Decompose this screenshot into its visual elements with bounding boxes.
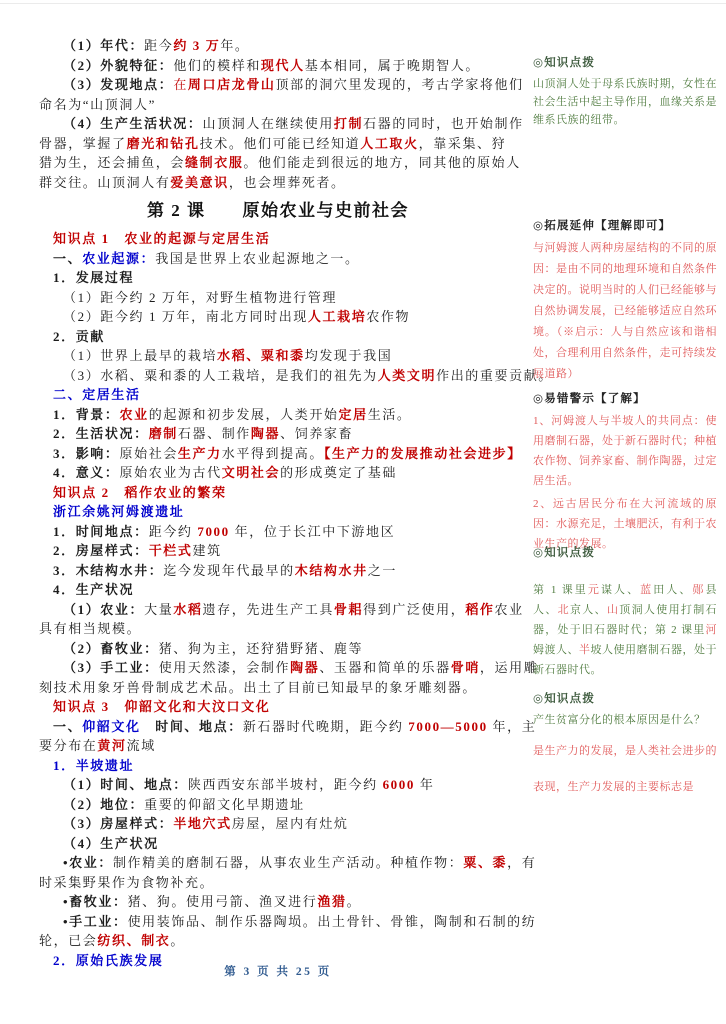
note-paragraph: 山顶洞人处于母系氏族时期，女性在社会生活中起主导作用，血缘关系是维系氏族的纽带。 — [533, 75, 717, 129]
text-segment: 年，主 — [488, 719, 537, 734]
text-segment: 具有相当规模。 — [39, 621, 141, 636]
note-heading: ◎知识点拨 — [533, 691, 717, 708]
content-line: 群交往。山顶洞人有爱美意识，也会埋葬死者。 — [39, 173, 517, 193]
text-segment — [141, 719, 156, 734]
text-segment: 二、定居生活 — [53, 387, 141, 402]
text-segment: 大量 — [144, 602, 173, 617]
text-segment: 1．背景： — [53, 407, 120, 422]
text-segment: 。他们能走到很远的地方，同其他的原始人 — [243, 155, 520, 170]
text-segment: （3）发现地点： — [63, 77, 173, 92]
text-segment: 稻作 — [465, 602, 494, 617]
content-line: （4）生产状况 — [39, 834, 517, 854]
knowledge-point-3-heading: 知识点 3 仰韶文化和大汶口文化 — [39, 697, 517, 717]
content-line: （3）发现地点：在周口店龙骨山顶部的洞穴里发现的，考古学家将他们 — [39, 75, 517, 95]
content-line: •手工业：使用装饰品、制作乐器陶埙。出土骨针、骨锥，陶制和石制的纺 — [39, 912, 517, 932]
text-segment: 农业 — [120, 407, 149, 422]
note-heading: ◎拓展延伸【理解即可】 — [533, 218, 717, 235]
text-segment: 河 — [706, 624, 718, 636]
content-line: 一、仰韶文化 时间、地点：新石器时代晚期，距今约 7000—5000 年，主 — [39, 717, 517, 737]
document-page: （1）年代：距今约 3 万年。（2）外貌特征：他们的模样和现代人基本相同，属于晚… — [0, 0, 726, 1024]
content-line: （2）地位：重要的仰韶文化早期遗址 — [39, 795, 517, 815]
content-line: 3．影响：原始社会生产力水平得到提高。【生产力的发展推动社会进步】 — [39, 444, 517, 464]
content-line: （3）水稻、粟和黍的人工栽培，是我们的祖先为人类文明作出的重要贡献。 — [39, 366, 517, 386]
text-segment: 年，位于长江中下游地区 — [230, 524, 395, 539]
content-line: 2．房屋样式：干栏式建筑 — [39, 541, 517, 561]
text-segment: 半 — [579, 644, 591, 656]
text-segment: 时采集野果作为食物补充。 — [39, 875, 214, 890]
note-paragraph: 与河姆渡人两种房屋结构的不同的原因：是由不同的地理环境和自然条件决定的。说明当时… — [533, 238, 717, 385]
text-segment: 4．生产状况 — [53, 582, 134, 597]
text-segment: 第 2 课 原始农业与史前社会 — [147, 201, 409, 220]
text-segment: 距今 — [144, 38, 173, 53]
text-segment: 一、 — [53, 719, 82, 734]
content-line: •农业：制作精美的磨制石器，从事农业生产活动。种植作物：粟、黍，有 — [39, 853, 517, 873]
content-line: 2．贡献 — [39, 327, 517, 347]
text-segment: 石器的同时，也开始制作 — [363, 116, 524, 131]
text-segment: 7000 — [197, 524, 229, 539]
text-segment: 半地穴式 — [173, 816, 231, 831]
text-segment: 要分布在 — [39, 738, 97, 753]
content-line: 骨器，掌握了磨光和钻孔技术。他们可能已经知道人工取火，靠采集、狩 — [39, 134, 517, 154]
text-segment: （1）世界上最早的栽培 — [63, 348, 217, 363]
text-segment: 我国是世界上农业起源地之一。 — [155, 251, 359, 266]
text-segment: 磨光和钻孔 — [127, 136, 200, 151]
text-segment: 粟、黍 — [463, 855, 507, 870]
content-line: （1）农业：大量水稻遗存，先进生产工具骨耜得到广泛使用，稻作农业 — [39, 600, 517, 620]
text-segment: 的形成奠定了基础 — [280, 465, 397, 480]
text-segment: 周口店龙骨山 — [188, 77, 276, 92]
text-segment: 人工取火 — [360, 136, 418, 151]
sidebar-note: ◎知识点拨第 1 课里元谋人、蓝田人、郧县人、北京人、山顶洞人使用打制石器，处于… — [533, 545, 717, 680]
text-segment: 打制 — [334, 116, 363, 131]
content-line: •畜牧业：猪、狗。使用弓箭、渔叉进行渔猎。 — [39, 892, 517, 912]
text-segment: （2）畜牧业： — [63, 641, 159, 656]
text-segment: 猪、狗。使用弓箭、渔叉进行 — [128, 894, 318, 909]
content-line: 时采集野果作为食物补充。 — [39, 873, 517, 893]
text-segment: （4）生产生活状况： — [63, 116, 203, 131]
text-segment: 生产力 — [178, 446, 222, 461]
text-segment: 约 3 万 — [173, 38, 220, 53]
sidebar-note: ◎易错警示【了解】1、河姆渡人与半坡人的共同点：使用磨制石器，处于新石器时代；种… — [533, 391, 717, 554]
content-line: （3）手工业：使用天然漆，会制作陶器、玉器和简单的乐器骨哨，运用雕 — [39, 658, 517, 678]
text-segment: 均发现于我国 — [305, 348, 393, 363]
content-line: （2）距今约 1 万年，南北方同时出现人工栽培农作物 — [39, 307, 517, 327]
text-segment: （1）时间、地点： — [63, 777, 188, 792]
text-segment: 。 — [170, 933, 185, 948]
content-line: 刻技术用象牙兽骨制成艺术品。出土了目前已知最早的象牙雕刻器。 — [39, 678, 517, 698]
content-line: （3）房屋样式：半地穴式房屋，屋内有灶炕 — [39, 814, 517, 834]
text-segment: 干栏式 — [149, 543, 193, 558]
note-heading: ◎知识点拨 — [533, 545, 717, 562]
text-segment: 使用装饰品、制作乐器陶埙。出土骨针、骨锥，陶制和石制的纺 — [128, 914, 537, 929]
text-segment: 山 — [607, 604, 619, 616]
text-segment: 元 — [588, 584, 601, 596]
text-segment: 得到广泛使用， — [363, 602, 465, 617]
text-segment: 之一 — [368, 563, 397, 578]
text-segment: 木结构水井 — [295, 563, 368, 578]
text-segment: 山顶洞人在继续使用 — [203, 116, 334, 131]
text-segment: 遗存，先进生产工具 — [203, 602, 334, 617]
text-segment: 使用天然漆，会制作 — [159, 660, 290, 675]
text-segment: （1）年代： — [63, 38, 144, 53]
sidebar-note: ◎拓展延伸【理解即可】与河姆渡人两种房屋结构的不同的原因：是由不同的地理环境和自… — [533, 218, 717, 385]
text-segment: 谋人、 — [601, 584, 640, 596]
text-segment: 渔猎 — [317, 894, 346, 909]
text-segment: 。 — [347, 894, 362, 909]
content-line: 4．意义：原始农业为古代文明社会的形成奠定了基础 — [39, 463, 517, 483]
text-segment: 1．时间地点： — [53, 524, 149, 539]
text-segment: （2）地位： — [63, 797, 144, 812]
text-segment: 4．意义： — [53, 465, 120, 480]
text-segment: 群交往。山顶洞人有 — [39, 175, 170, 190]
text-segment: 第 1 课里 — [533, 584, 588, 596]
knowledge-point-1-heading: 知识点 1 农业的起源与定居生活 — [39, 229, 517, 249]
text-segment: 骨耜 — [334, 602, 363, 617]
text-segment: 水稻、粟和黍 — [217, 348, 305, 363]
text-segment: ，有 — [507, 855, 536, 870]
content-line: 轮，已会纺织、制衣。 — [39, 931, 517, 951]
content-line: （1）世界上最早的栽培水稻、粟和黍均发现于我国 — [39, 346, 517, 366]
text-segment: 浙江余姚河姆渡遗址 — [53, 504, 184, 519]
text-segment: 田人、 — [653, 584, 692, 596]
text-segment: •畜牧业： — [63, 894, 128, 909]
text-segment: 原始农业为古代 — [120, 465, 222, 480]
note-paragraph: 1、河姆渡人与半坡人的共同点：使用磨制石器，处于新石器时代；种植农作物、饲养家畜… — [533, 411, 717, 491]
content-line: （2）畜牧业：猪、狗为主，还狩猎野猪、鹿等 — [39, 639, 517, 659]
text-segment: 2．贡献 — [53, 329, 105, 344]
text-segment: （4）生产状况 — [63, 836, 159, 851]
sidebar-note: ◎知识点拨产生贫富分化的根本原因是什么？是生产力的发展，是人类社会进步的表现，生… — [533, 691, 717, 805]
text-segment: 房屋，屋内有灶炕 — [232, 816, 349, 831]
text-segment: 顶部的洞穴里发现的，考古学家将他们 — [276, 77, 524, 92]
text-segment: 骨器，掌握了 — [39, 136, 127, 151]
text-segment: 流域 — [127, 738, 156, 753]
text-segment: 建筑 — [193, 543, 222, 558]
content-line: 二、定居生活 — [39, 385, 517, 405]
text-segment: 一、 — [53, 251, 82, 266]
text-segment: 原始社会 — [120, 446, 178, 461]
text-segment: 仰韶文化 — [82, 719, 140, 734]
knowledge-point-2-heading: 知识点 2 稻作农业的繁荣 — [39, 483, 517, 503]
note-paragraph: 第 1 课里元谋人、蓝田人、郧县人、北京人、山顶洞人使用打制石器，处于旧石器时代… — [533, 580, 717, 680]
text-segment: 缝制衣服 — [185, 155, 243, 170]
text-segment: 年 — [415, 777, 434, 792]
text-segment: 农作物 — [366, 309, 410, 324]
text-segment: 制作精美的磨制石器，从事农业生产活动。种植作物： — [113, 855, 463, 870]
main-column: （1）年代：距今约 3 万年。（2）外貌特征：他们的模样和现代人基本相同，属于晚… — [39, 36, 517, 970]
text-segment: 爱美意识 — [170, 175, 228, 190]
text-segment: 轮，已会 — [39, 933, 97, 948]
text-segment: 2．生活状况： — [53, 426, 149, 441]
text-segment: 陕西西安东部半坡村，距今约 — [188, 777, 383, 792]
text-segment: 命名为“山顶洞人” — [39, 97, 156, 112]
page-number-text: 第 3 页 共 25 页 — [224, 966, 332, 978]
text-segment: 基本相同，属于晚期智人。 — [305, 58, 480, 73]
content-line: 3．木结构水井：迄今发现年代最早的木结构水井之一 — [39, 561, 517, 581]
content-line: 1．发展过程 — [39, 268, 517, 288]
text-segment: 人类文明 — [378, 368, 436, 383]
content-line: 浙江余姚河姆渡遗址 — [39, 502, 517, 522]
text-segment: •农业： — [63, 855, 113, 870]
text-segment: 郧 — [692, 584, 705, 596]
text-segment: 京人、 — [570, 604, 607, 616]
text-segment: 、饲养家畜 — [280, 426, 353, 441]
note-heading: ◎知识点拨 — [533, 55, 717, 72]
content-line: 1．时间地点：距今约 7000 年，位于长江中下游地区 — [39, 522, 517, 542]
content-line: （1）时间、地点：陕西西安东部半坡村，距今约 6000 年 — [39, 775, 517, 795]
text-segment: 石器、制作 — [178, 426, 251, 441]
text-segment: 知识点 1 农业的起源与定居生活 — [53, 231, 270, 246]
content-line: 2．生活状况：磨制石器、制作陶器、饲养家畜 — [39, 424, 517, 444]
content-line: （4）生产生活状况：山顶洞人在继续使用打制石器的同时，也开始制作 — [39, 114, 517, 134]
text-segment: 蓝 — [640, 584, 653, 596]
text-segment: 磨制 — [149, 426, 178, 441]
text-segment: （1）农业： — [63, 602, 144, 617]
text-segment: 3．影响： — [53, 446, 120, 461]
text-segment: 在 — [173, 77, 188, 92]
text-segment: 他们的模样和 — [173, 58, 261, 73]
text-segment: 知识点 3 仰韶文化和大汶口文化 — [53, 699, 270, 714]
text-segment: 2．房屋样式： — [53, 543, 149, 558]
content-line: 猎为生，还会捕鱼，会缝制衣服。他们能走到很远的地方，同其他的原始人 — [39, 153, 517, 173]
text-segment: ，运用雕 — [480, 660, 538, 675]
text-segment: （2）距今约 1 万年，南北方同时出现 — [63, 309, 308, 324]
text-segment: 重要的仰韶文化早期遗址 — [144, 797, 305, 812]
text-segment: 北 — [558, 604, 570, 616]
text-segment: 7000—5000 — [408, 719, 487, 734]
lesson-title: 第 2 课 原始农业与史前社会 — [39, 199, 517, 223]
text-segment: 、玉器和简单的乐器 — [319, 660, 450, 675]
text-segment: 水稻 — [173, 602, 202, 617]
text-segment: 迄今发现年代最早的 — [163, 563, 294, 578]
text-segment: 纺织、制衣 — [97, 933, 170, 948]
content-line: 1．半坡遗址 — [39, 756, 517, 776]
text-segment: （3）水稻、粟和黍的人工栽培，是我们的祖先为 — [63, 368, 378, 383]
text-segment: 姆渡人、 — [533, 644, 579, 656]
text-segment: 1．半坡遗址 — [53, 758, 134, 773]
text-segment: （1）距今约 2 万年，对野生植物进行管理 — [63, 290, 337, 305]
content-line: 1．背景：农业的起源和初步发展，人类开始定居生活。 — [39, 405, 517, 425]
text-segment: 距今约 — [149, 524, 198, 539]
text-segment: 时间、地点： — [155, 719, 243, 734]
text-segment: 陶器 — [290, 660, 319, 675]
text-segment: 刻技术用象牙兽骨制成艺术品。出土了目前已知最早的象牙雕刻器。 — [39, 680, 477, 695]
text-segment: 6000 — [383, 777, 415, 792]
text-segment: 的起源和初步发展，人类开始 — [149, 407, 339, 422]
text-segment: 猎为生，还会捕鱼，会 — [39, 155, 185, 170]
text-segment: 陶器 — [251, 426, 280, 441]
text-segment: ，也会埋葬死者。 — [229, 175, 346, 190]
text-segment: 年。 — [220, 38, 249, 53]
text-segment: ，靠采集、狩 — [419, 136, 507, 151]
text-segment: 知识点 2 稻作农业的繁荣 — [53, 485, 227, 500]
sidebar-notes: ◎知识点拨山顶洞人处于母系氏族时期，女性在社会生活中起主导作用，血缘关系是维系氏… — [533, 0, 717, 1024]
text-segment: 3．木结构水井： — [53, 563, 163, 578]
note-paragraph: 产生贫富分化的根本原因是什么？ — [533, 711, 717, 730]
text-segment: 文明社会 — [222, 465, 280, 480]
text-segment: 定居 — [339, 407, 368, 422]
text-segment: 技术。他们可能已经知道 — [200, 136, 361, 151]
text-segment: （3）手工业： — [63, 660, 159, 675]
note-paragraph: 是生产力的发展，是人类社会进步的表现，生产力发展的主要标志是 — [533, 733, 717, 805]
text-segment: •手工业： — [63, 914, 128, 929]
text-segment: 水平得到提高。 — [222, 446, 324, 461]
content-line: 具有相当规模。 — [39, 619, 517, 639]
sidebar-note: ◎知识点拨山顶洞人处于母系氏族时期，女性在社会生活中起主导作用，血缘关系是维系氏… — [533, 55, 717, 129]
content-line: 4．生产状况 — [39, 580, 517, 600]
content-line: 要分布在黄河流域 — [39, 736, 517, 756]
text-segment: 猪、狗为主，还狩猎野猪、鹿等 — [159, 641, 363, 656]
text-segment: （2）外貌特征： — [63, 58, 173, 73]
note-heading: ◎易错警示【了解】 — [533, 391, 717, 408]
text-segment: 骨哨 — [451, 660, 480, 675]
content-line: （2）外貌特征：他们的模样和现代人基本相同，属于晚期智人。 — [39, 56, 517, 76]
text-segment: 农业 — [495, 602, 524, 617]
text-segment: 黄河 — [97, 738, 126, 753]
text-segment: 生活。 — [368, 407, 412, 422]
content-line: （1）年代：距今约 3 万年。 — [39, 36, 517, 56]
text-segment: 1．发展过程 — [53, 270, 134, 285]
text-segment: 新石器时代晚期，距今约 — [243, 719, 408, 734]
text-segment: 农业起源： — [82, 251, 155, 266]
content-line: （1）距今约 2 万年，对野生植物进行管理 — [39, 288, 517, 308]
content-line: 一、农业起源：我国是世界上农业起源地之一。 — [39, 249, 517, 269]
text-segment: 现代人 — [261, 58, 305, 73]
page-footer: 第 3 页 共 25 页 — [39, 963, 517, 979]
text-segment: 【生产力的发展推动社会进步】 — [324, 446, 522, 461]
content-line: 命名为“山顶洞人” — [39, 95, 517, 115]
text-segment: 人工栽培 — [308, 309, 366, 324]
text-segment: （3）房屋样式： — [63, 816, 173, 831]
